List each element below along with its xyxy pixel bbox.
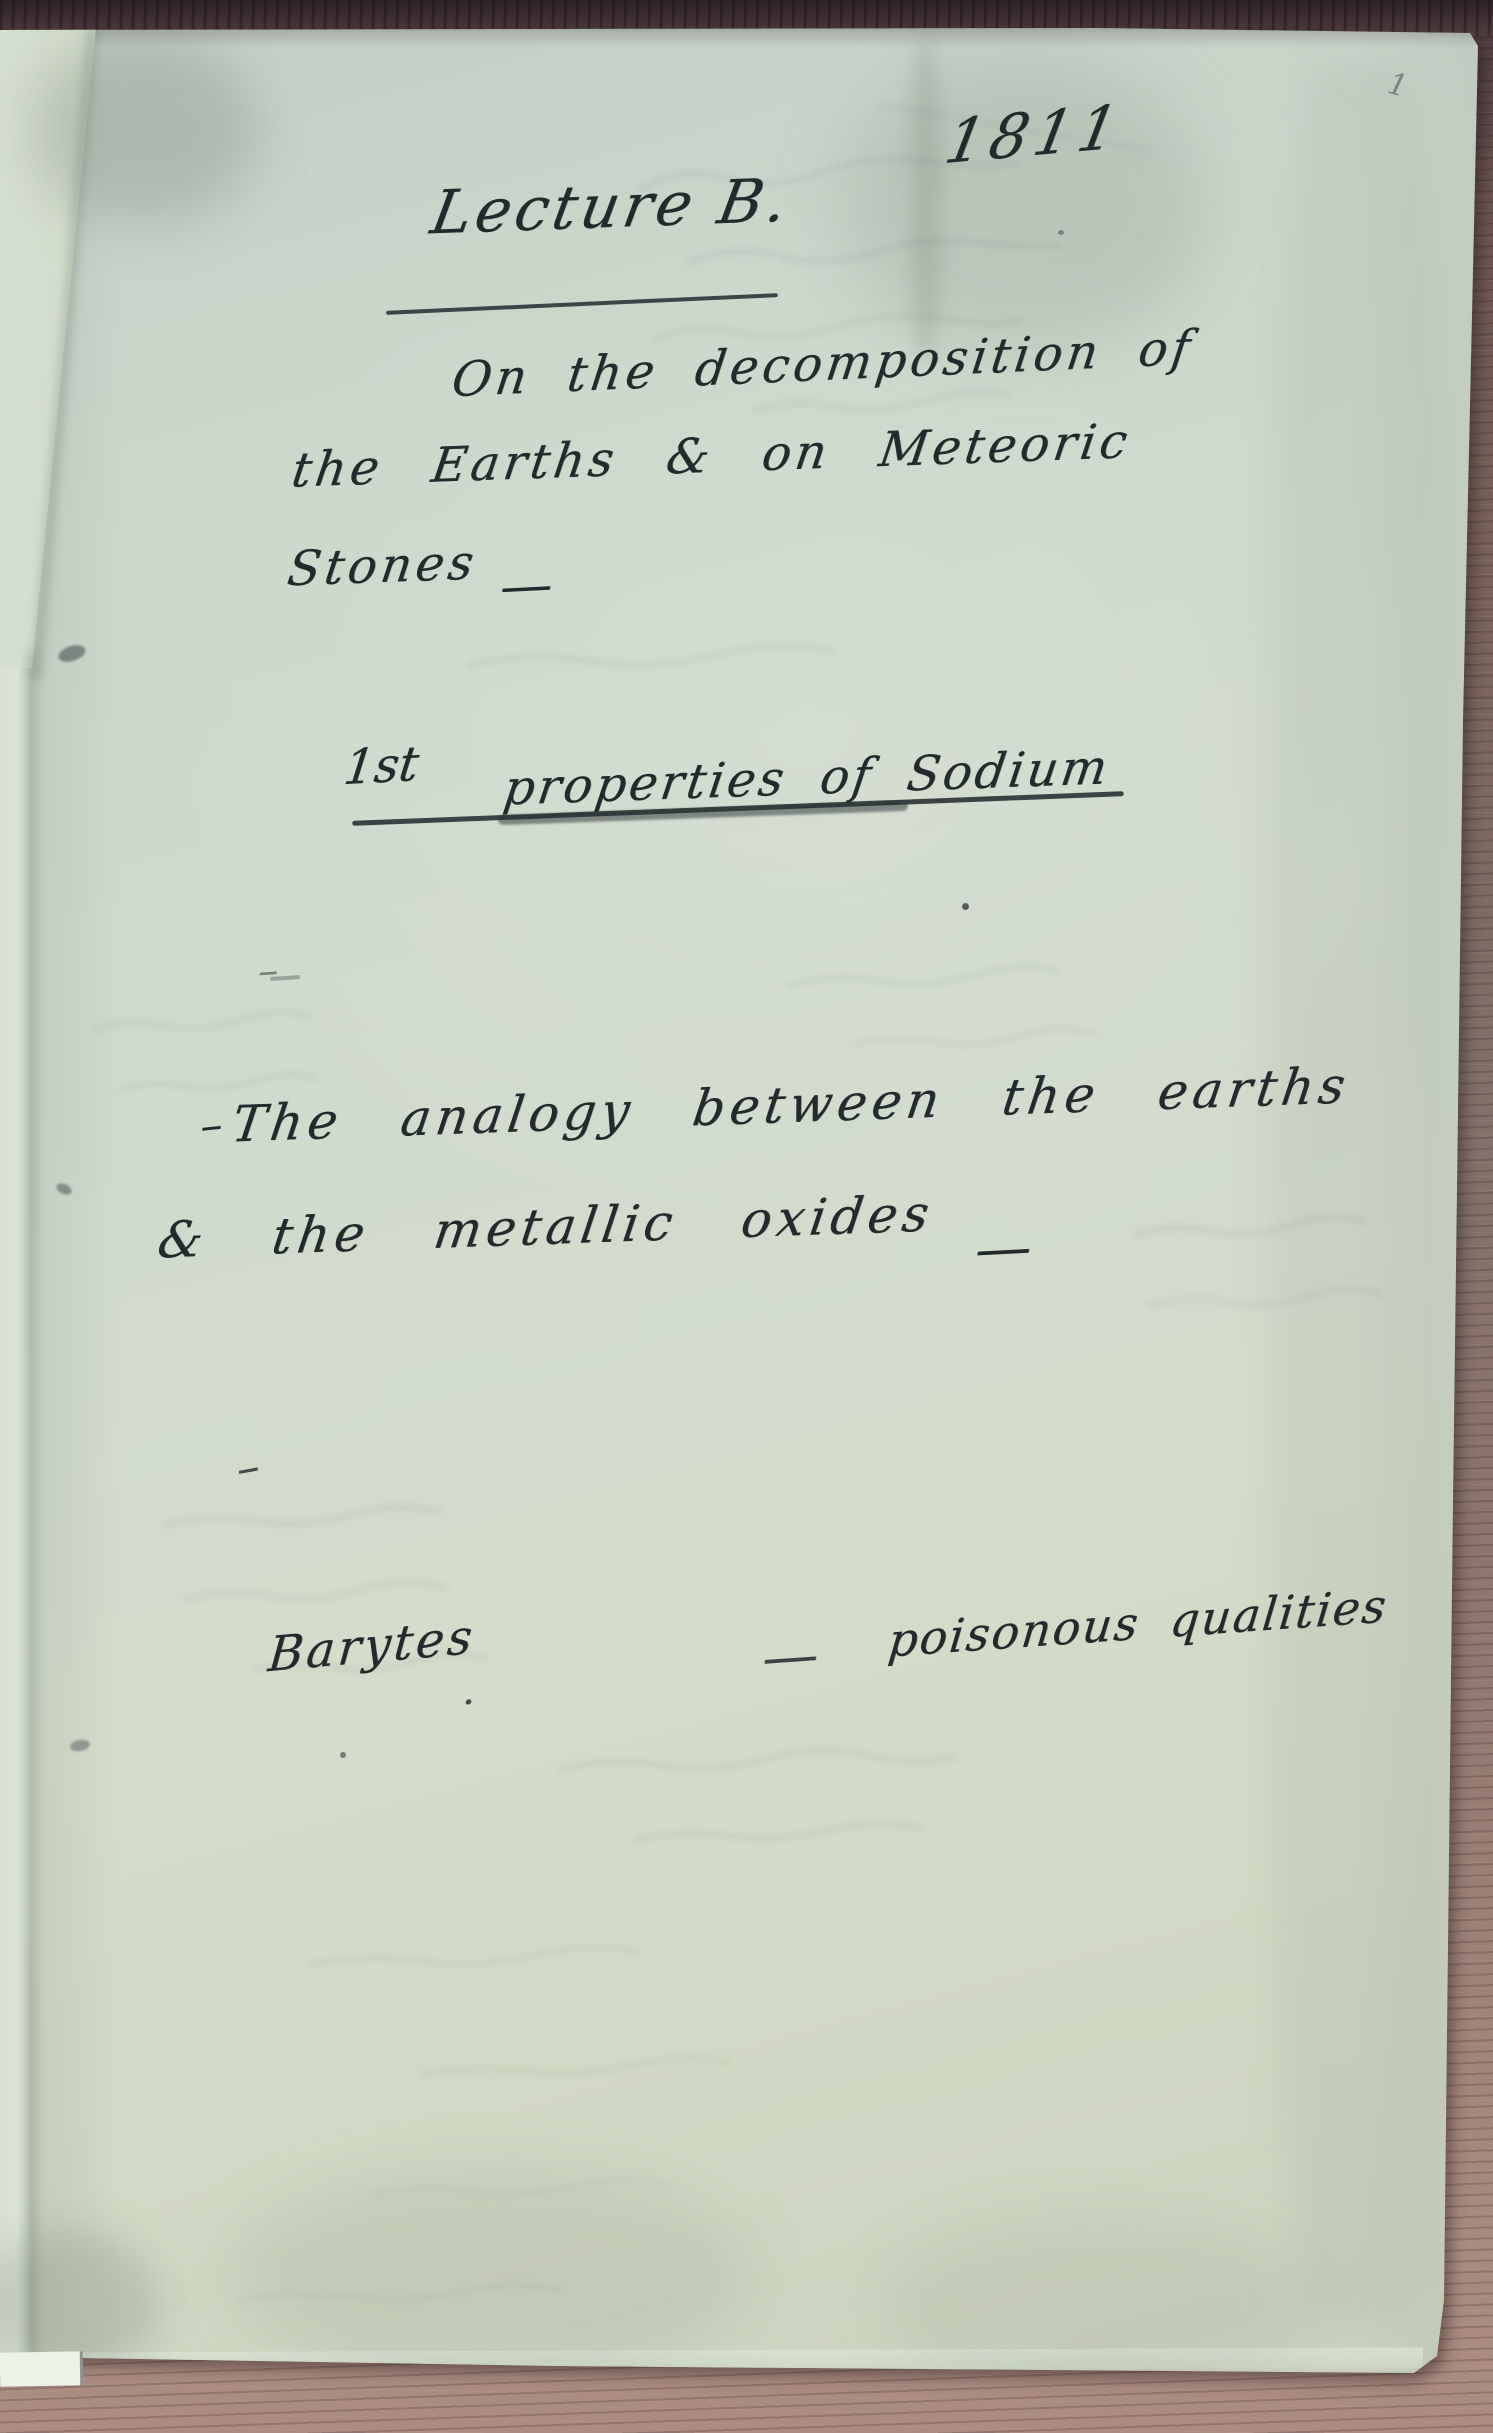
analogy-trail-dash: — [973, 1215, 1032, 1283]
barytes-dot: . [462, 1668, 475, 1714]
paper-sheet: 1 1811 Lecture B. On the decomposition o… [0, 0, 1493, 2433]
ink-speck [1058, 230, 1064, 235]
heading-line-3: Stones [284, 535, 481, 598]
white-page-sliver [0, 2351, 83, 2386]
paper-wrap: 1 1811 Lecture B. On the decomposition o… [0, 0, 1493, 2433]
struck-ordinal: 1st [341, 736, 422, 796]
barytes-dash: — [760, 1622, 820, 1691]
ink-speck [962, 903, 969, 910]
lecture-title: Lecture B. [426, 166, 796, 249]
ink-speck [340, 1752, 346, 1758]
small-dash-mark: – [256, 947, 279, 994]
manuscript-photo: 1 1811 Lecture B. On the decomposition o… [0, 0, 1493, 2433]
dash-after-stones: — [498, 555, 553, 618]
